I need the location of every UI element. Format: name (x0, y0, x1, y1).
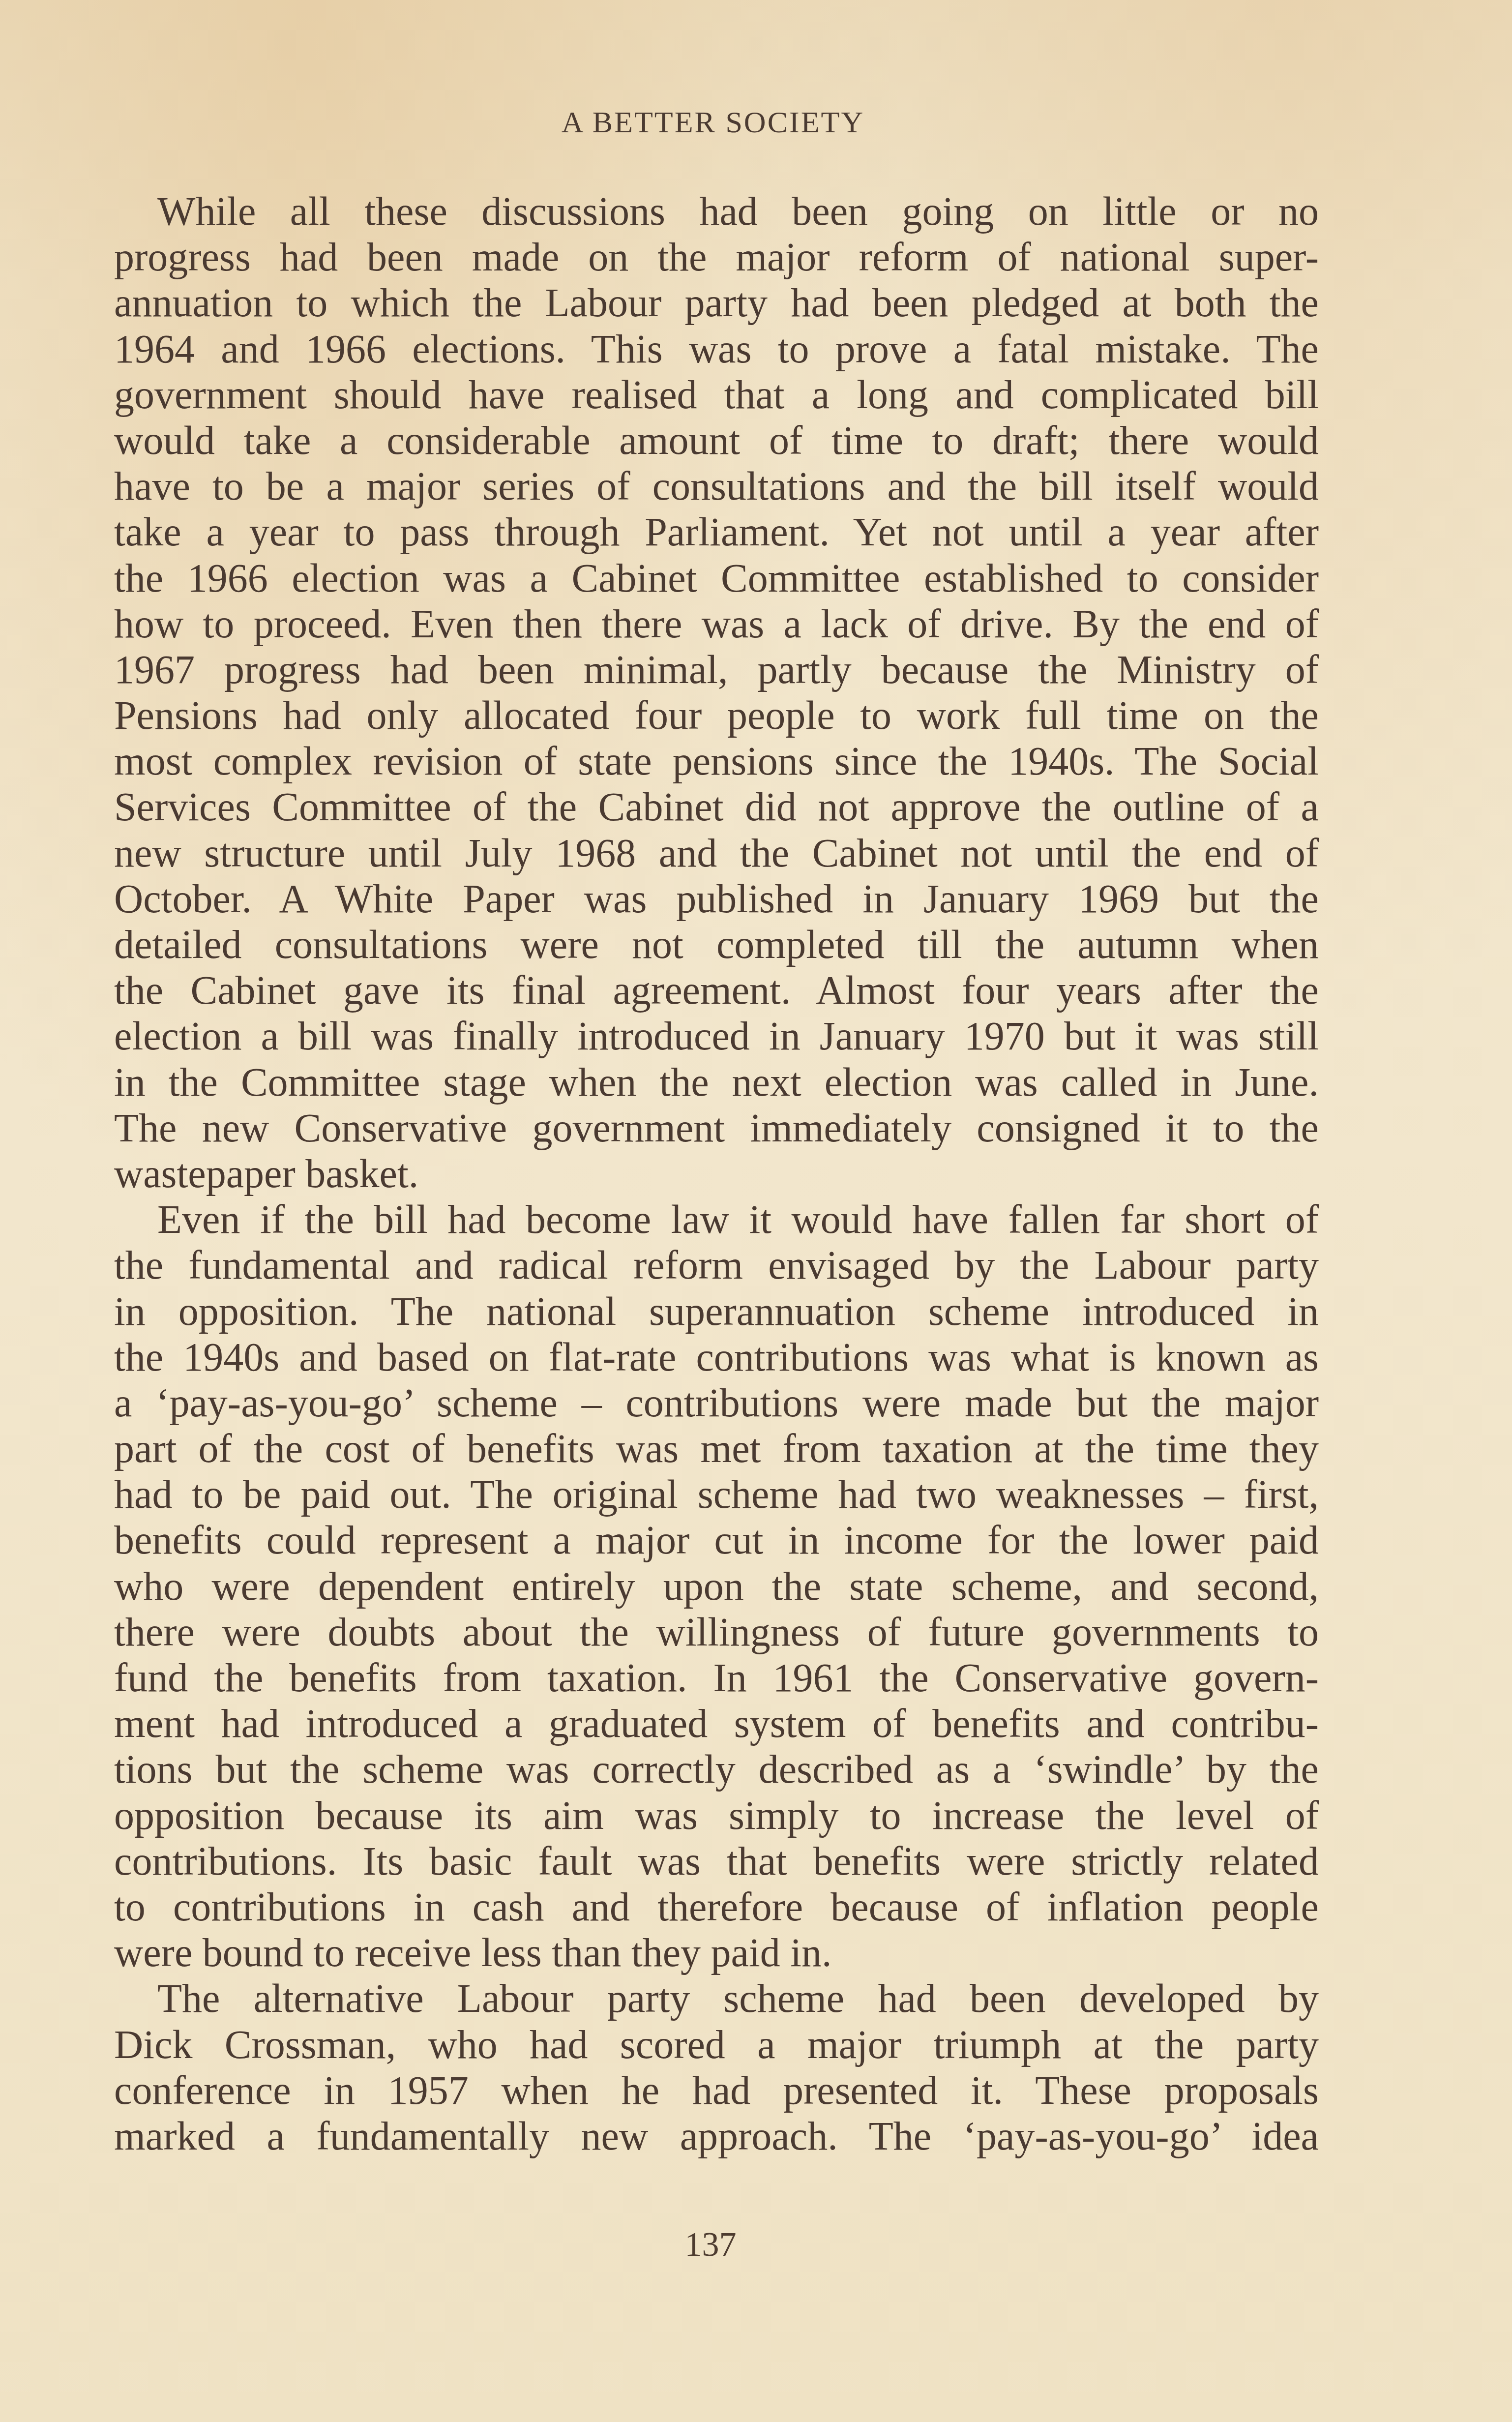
text-line: fund the benefits from taxation. In 1961… (114, 1655, 1319, 1701)
text-line: Services Committee of the Cabinet did no… (114, 784, 1319, 830)
text-line: While all these discussions had been goi… (114, 188, 1319, 234)
text-line: conference in 1957 when he had presented… (114, 2067, 1319, 2113)
text-line: take a year to pass through Parliament. … (114, 509, 1319, 555)
text-line: benefits could represent a major cut in … (114, 1517, 1319, 1563)
text-line: tions but the scheme was correctly descr… (114, 1746, 1319, 1792)
text-line: progress had been made on the major refo… (114, 234, 1319, 280)
text-line: government should have realised that a l… (114, 372, 1319, 418)
text-line: in the Committee stage when the next ele… (114, 1059, 1319, 1105)
text-line: ment had introduced a graduated system o… (114, 1701, 1319, 1746)
book-page: A BETTER SOCIETY While all these discuss… (0, 0, 1512, 2422)
text-line: most complex revision of state pensions … (114, 738, 1319, 784)
text-line: Even if the bill had become law it would… (114, 1196, 1319, 1242)
paragraph: The alternative Labour party scheme had … (114, 1975, 1319, 2159)
text-line: in opposition. The national superannuati… (114, 1288, 1319, 1334)
text-line: a ‘pay-as-you-go’ scheme – contributions… (114, 1380, 1319, 1426)
text-line: the fundamental and radical reform envis… (114, 1242, 1319, 1288)
text-line: election a bill was finally introduced i… (114, 1013, 1319, 1059)
text-line: The new Conservative government immediat… (114, 1105, 1319, 1151)
text-line: how to proceed. Even then there was a la… (114, 601, 1319, 647)
text-line: Pensions had only allocated four people … (114, 692, 1319, 738)
text-line: there were doubts about the willingness … (114, 1609, 1319, 1655)
text-line: The alternative Labour party scheme had … (114, 1975, 1319, 2021)
text-line: the Cabinet gave its final agreement. Al… (114, 967, 1319, 1013)
text-line: October. A White Paper was published in … (114, 876, 1319, 922)
text-line: 1964 and 1966 elections. This was to pro… (114, 326, 1319, 372)
paragraph: While all these discussions had been goi… (114, 188, 1319, 1196)
paragraph: Even if the bill had become law it would… (114, 1196, 1319, 1975)
running-head: A BETTER SOCIETY (0, 105, 1426, 140)
text-line: opposition because its aim was simply to… (114, 1793, 1319, 1838)
text-line: had to be paid out. The original scheme … (114, 1471, 1319, 1517)
text-line: the 1940s and based on flat-rate contrib… (114, 1334, 1319, 1380)
text-line: annuation to which the Labour party had … (114, 280, 1319, 326)
text-line: 1967 progress had been minimal, partly b… (114, 647, 1319, 692)
text-line: who were dependent entirely upon the sta… (114, 1563, 1319, 1609)
text-line: Dick Crossman, who had scored a major tr… (114, 2022, 1319, 2067)
text-line: marked a fundamentally new approach. The… (114, 2113, 1319, 2159)
text-line: wastepaper basket. (114, 1151, 1319, 1196)
text-line: detailed consultations were not complete… (114, 922, 1319, 967)
text-line: were bound to receive less than they pai… (114, 1930, 1319, 1975)
text-line: part of the cost of benefits was met fro… (114, 1426, 1319, 1471)
page-number: 137 (0, 2225, 1421, 2265)
text-line: the 1966 election was a Cabinet Committe… (114, 555, 1319, 601)
text-line: to contributions in cash and therefore b… (114, 1884, 1319, 1930)
text-line: have to be a major series of consultatio… (114, 463, 1319, 509)
text-line: contributions. Its basic fault was that … (114, 1838, 1319, 1884)
text-line: would take a considerable amount of time… (114, 418, 1319, 463)
text-line: new structure until July 1968 and the Ca… (114, 830, 1319, 876)
body-text: While all these discussions had been goi… (114, 188, 1319, 2159)
